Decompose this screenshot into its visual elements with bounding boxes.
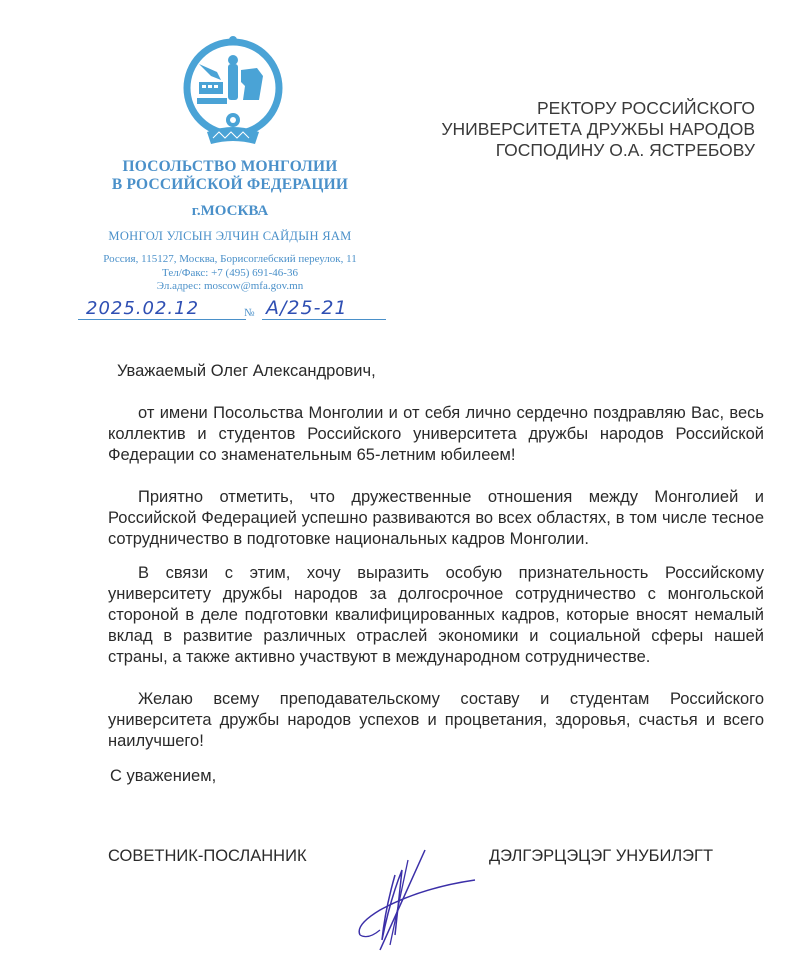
paragraph-gratitude: В связи с этим, хочу выразить особую при… xyxy=(108,563,764,668)
closing: С уважением, xyxy=(110,767,216,786)
letter-number: А/25-21 xyxy=(262,297,386,320)
signatory-title: СОВЕТНИК-ПОСЛАННИК xyxy=(108,847,307,866)
addressee-line2: УНИВЕРСИТЕТА ДРУЖБЫ НАРОДОВ xyxy=(441,119,755,140)
letter-date: 2025.02.12 xyxy=(78,298,246,320)
signatory-name: ДЭЛГЭРЦЭЦЭГ УНУБИЛЭГТ xyxy=(489,847,713,866)
addressee-line1: РЕКТОРУ РОССИЙСКОГО xyxy=(441,98,755,119)
contact-info: Россия, 115127, Москва, Борисоглебский п… xyxy=(70,253,390,294)
salutation: Уважаемый Олег Александрович, xyxy=(117,362,376,381)
embassy-name-line2: В РОССИЙСКОЙ ФЕДЕРАЦИИ xyxy=(70,176,390,194)
city: г.МОСКВА xyxy=(70,203,390,220)
handwritten-signature-icon xyxy=(340,840,480,960)
paragraph-relations: Приятно отметить, что дружественные отно… xyxy=(108,487,764,550)
addressee: РЕКТОРУ РОССИЙСКОГО УНИВЕРСИТЕТА ДРУЖБЫ … xyxy=(441,98,755,161)
email: Эл.адрес: moscow@mfa.gov.mn xyxy=(70,280,390,294)
mongolia-emblem-icon xyxy=(173,20,293,160)
phone-fax: Тел/Факс: +7 (495) 691-46-36 xyxy=(70,267,390,281)
registration-row: 2025.02.12 № А/25-21 xyxy=(78,296,378,326)
address: Россия, 115127, Москва, Борисоглебский п… xyxy=(70,253,390,267)
number-label: № xyxy=(244,307,255,319)
embassy-name: ПОСОЛЬСТВО МОНГОЛИИ В РОССИЙСКОЙ ФЕДЕРАЦ… xyxy=(70,158,390,194)
paragraph-wishes: Желаю всему преподавательскому составу и… xyxy=(108,689,764,752)
embassy-name-line1: ПОСОЛЬСТВО МОНГОЛИИ xyxy=(70,158,390,176)
paragraph-congratulations: от имени Посольства Монголии и от себя л… xyxy=(108,403,764,466)
mongolian-embassy-name: МОНГОЛ УЛСЫН ЭЛЧИН САЙДЫН ЯАМ xyxy=(70,229,390,244)
addressee-line3: ГОСПОДИНУ О.А. ЯСТРЕБОВУ xyxy=(441,140,755,161)
